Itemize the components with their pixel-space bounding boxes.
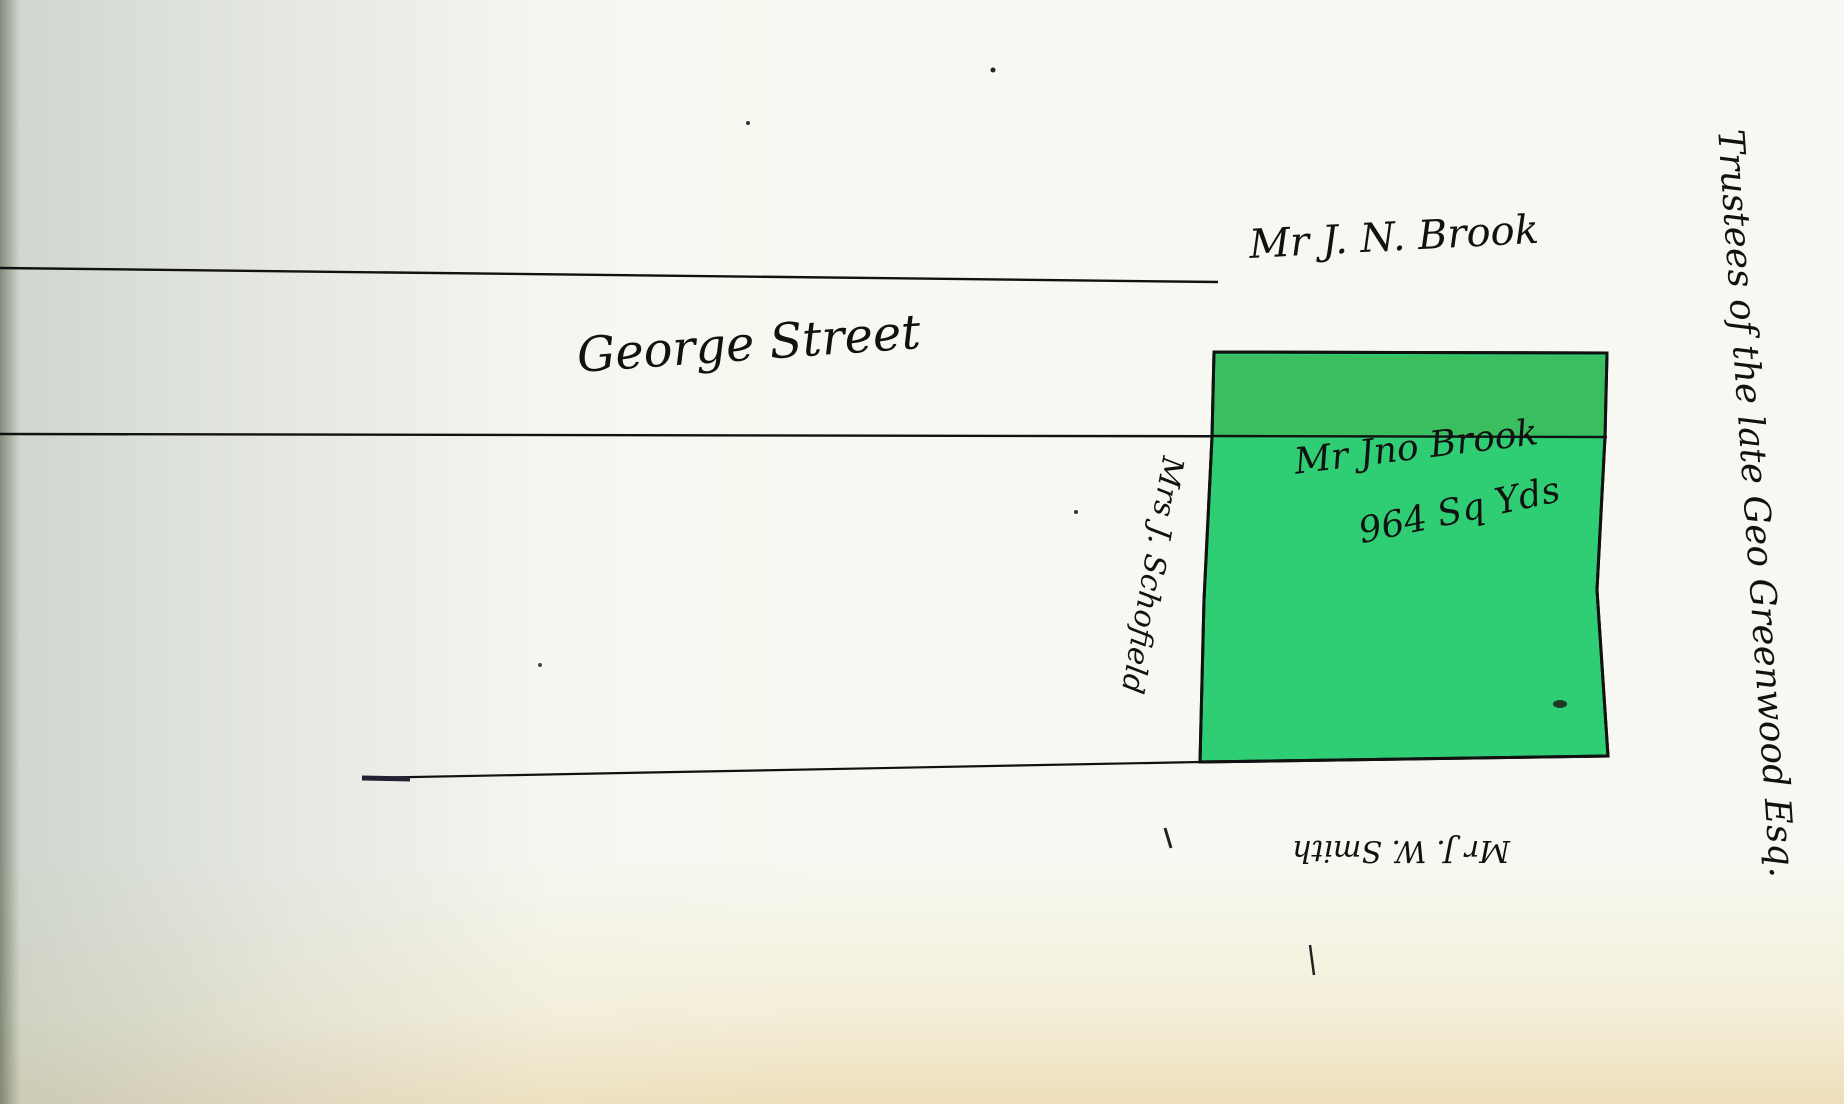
street-north-boundary-line [0, 268, 1218, 282]
south-boundary-line [362, 762, 1200, 778]
adjoining-owner-south-label: Mr J. W. Smith [1292, 833, 1510, 868]
property-plan: Mr J. N. Brook George Street Mr Jno Broo… [0, 0, 1844, 1104]
parcel-hitbox [1212, 352, 1607, 760]
